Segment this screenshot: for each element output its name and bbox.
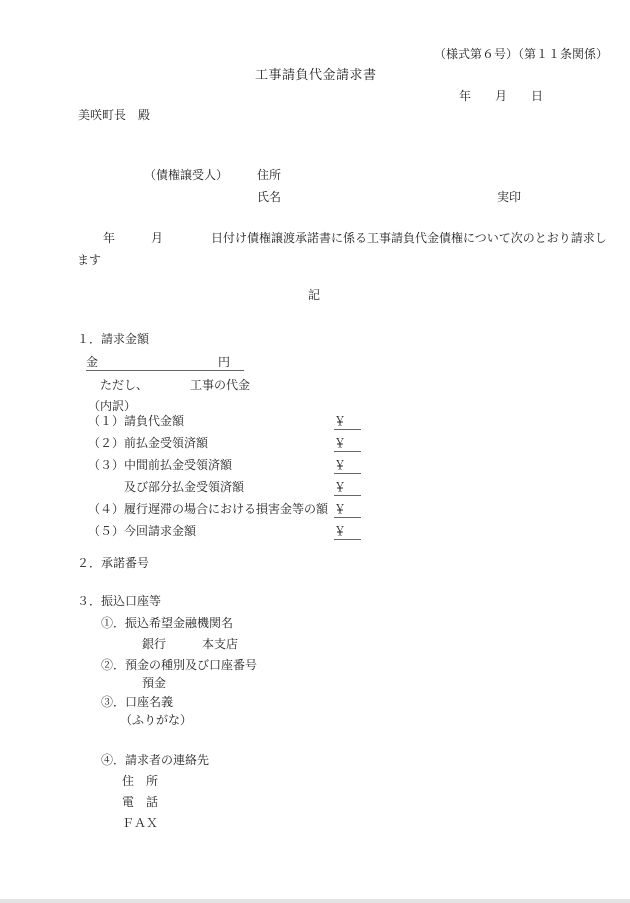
item-number: （５） (88, 524, 124, 539)
section2-heading: ２．承諾番号 (77, 556, 149, 571)
item-label: 履行遅滞の場合における損害金等の額 (124, 502, 328, 517)
yen-amount-field: ￥ (334, 502, 361, 518)
page-bottom-edge (0, 899, 630, 903)
item-number: （３） (88, 458, 124, 473)
addressee: 美咲町長 殿 (78, 108, 150, 123)
item-number: （４） (88, 502, 124, 517)
ki-marker: 記 (308, 288, 320, 303)
document-title: 工事請負代金請求書 (255, 67, 377, 83)
item-number: （２） (88, 436, 124, 451)
bank-branch-line: 銀行 本支店 (142, 637, 238, 652)
account-holder-item-label: ③．口座名義 (101, 695, 173, 710)
bank-name-item-label: ①．振込希望金融機関名 (101, 616, 233, 631)
yen-amount-field: ￥ (334, 414, 361, 430)
furigana-label: （ふりがな） (120, 713, 192, 728)
breakdown-row: （１） 請負代金額 ￥ (0, 414, 630, 432)
item-label: 前払金受領済額 (124, 436, 208, 451)
contact-address-label: 住 所 (122, 774, 158, 789)
account-type-item-label: ②．預金の種別及び口座番号 (101, 658, 257, 673)
section1-heading: １．請求金額 (77, 332, 149, 347)
date-line: 年 月 日 (459, 89, 543, 104)
yen-amount-field: ￥ (334, 480, 361, 496)
yen-amount-field: ￥ (334, 524, 361, 540)
item-label: 請負代金額 (124, 414, 184, 429)
assignee-name-label: 氏名 (257, 190, 281, 205)
contact-fax-label: ＦＡＸ (122, 816, 158, 831)
breakdown-label: （内訳） (88, 399, 136, 414)
tadashi-label: ただし、 (100, 378, 148, 393)
section3-heading: ３．振込口座等 (77, 594, 161, 609)
yen-amount-field: ￥ (334, 436, 361, 452)
yen-amount-field: ￥ (334, 458, 361, 474)
breakdown-row: 及び部分払金受領済額 ￥ (0, 480, 630, 498)
item-label: 中間前払金受領済額 (124, 458, 232, 473)
assignee-address-label: 住所 (257, 168, 281, 183)
request-paragraph-line2: ます (77, 253, 101, 268)
form-note: （様式第６号）（第１１条関係） (434, 47, 608, 62)
item-label: 及び部分払金受領済額 (124, 480, 244, 495)
breakdown-row: （２） 前払金受領済額 ￥ (0, 436, 630, 454)
item-label: 今回請求金額 (124, 524, 196, 539)
breakdown-row: （４） 履行遅滞の場合における損害金等の額 ￥ (0, 502, 630, 520)
assignee-label: （債権譲受人） (144, 168, 228, 183)
seal-label: 実印 (497, 190, 521, 205)
deposit-label: 預金 (142, 676, 166, 691)
work-name-label: 工事の代金 (190, 378, 250, 393)
breakdown-row: （５） 今回請求金額 ￥ (0, 524, 630, 542)
document-page: （様式第６号）（第１１条関係） 工事請負代金請求書 年 月 日 美咲町長 殿 （… (0, 0, 630, 903)
contact-phone-label: 電 話 (122, 795, 158, 810)
item-number: （１） (88, 414, 124, 429)
request-paragraph-line1: 年 月 日付け債権譲渡承諾書に係る工事請負代金債権について次のとおり請求し (103, 231, 607, 246)
contact-item-label: ④．請求者の連絡先 (101, 753, 209, 768)
amount-field: 金 円 (86, 355, 244, 371)
breakdown-row: （３） 中間前払金受領済額 ￥ (0, 458, 630, 476)
